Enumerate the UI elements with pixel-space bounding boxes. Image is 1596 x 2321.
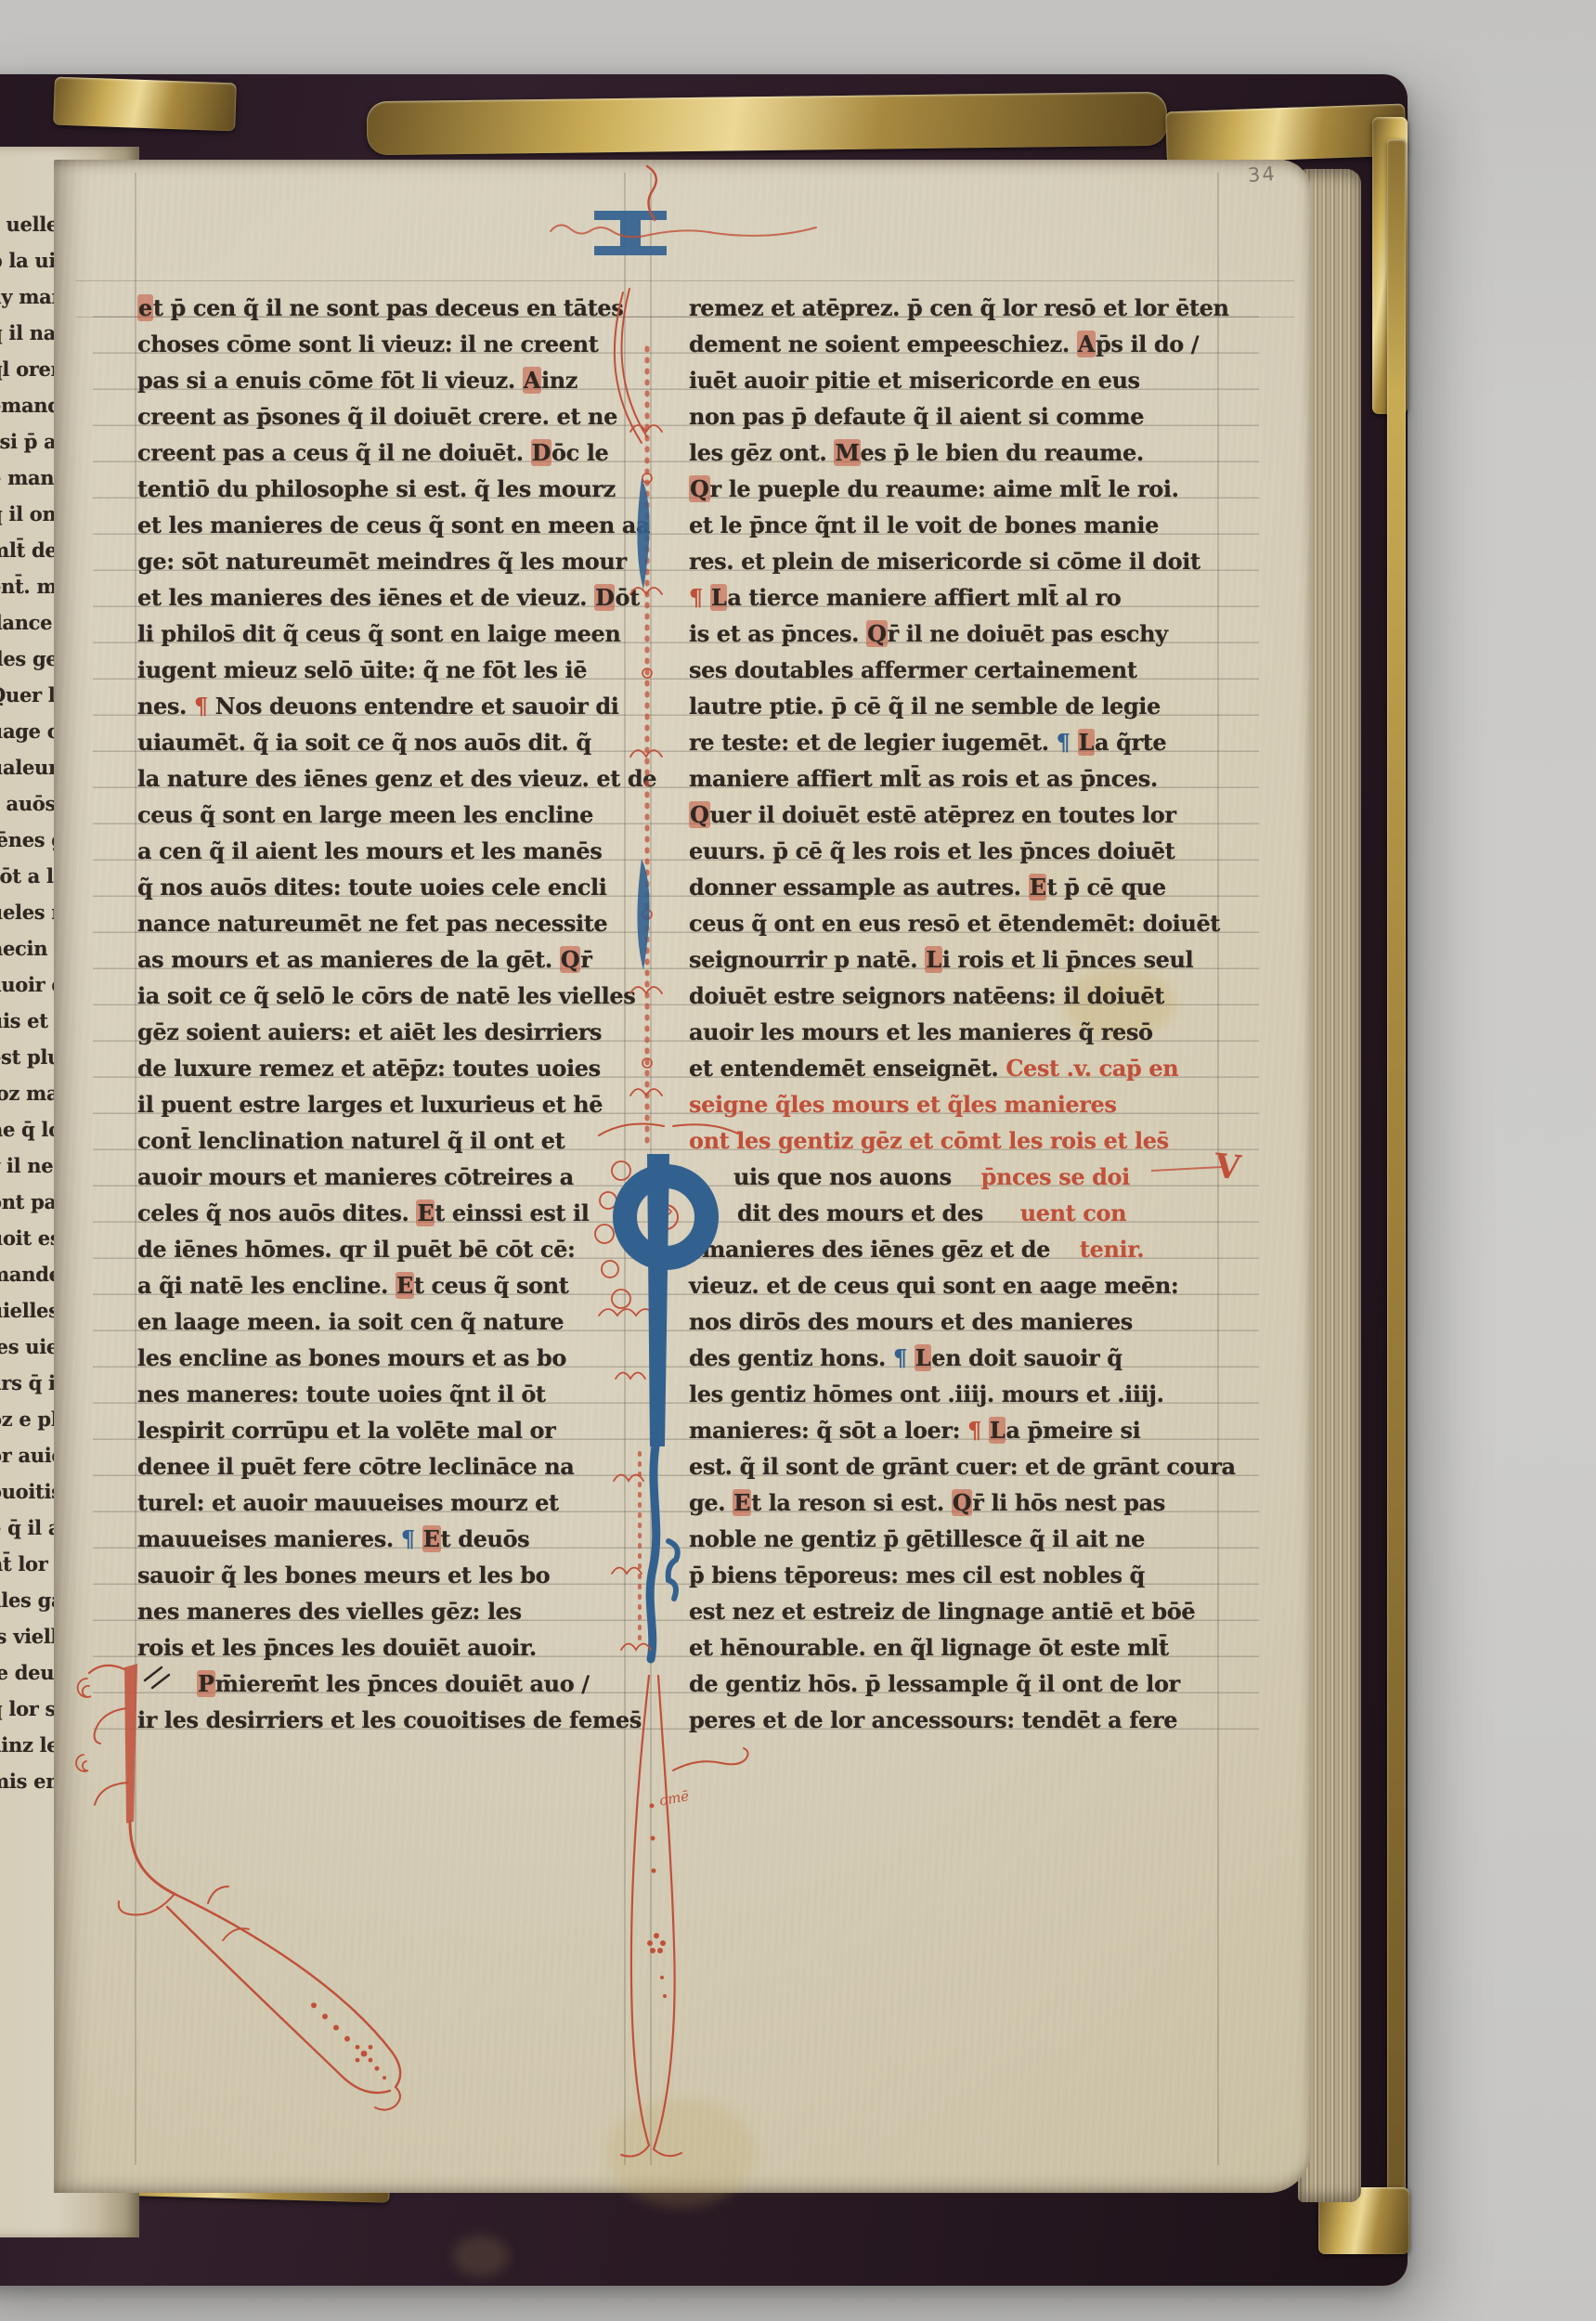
ink-text: nes maneres: toute uoies q̃nt il ōt	[137, 1381, 546, 1407]
ink-text: turel: et auoir mauueises mourz et	[137, 1489, 559, 1516]
ink-text: a cen q̃ il aient les mours et les manēs	[137, 837, 602, 864]
top-gutter-ornament	[551, 166, 816, 443]
touched-capital: L	[915, 1344, 931, 1371]
rubric-text: uent con	[1020, 1199, 1126, 1226]
ink-text: pas si a enuis cōme fōt li vieuz.	[137, 367, 523, 394]
blue-paraph: ¶	[1057, 729, 1078, 756]
ink-text: les encline as bones mours et as bo	[137, 1344, 566, 1371]
manuscript-photo: s uellesp̄ la uieay manieq̄ il nasēq̄l o…	[0, 0, 1596, 2321]
ink-text: denee il puēt fere cōtre leclināce na	[137, 1453, 574, 1480]
ink-text	[983, 1199, 1020, 1226]
rubric-text: ¶	[194, 693, 215, 720]
ink-text	[952, 1163, 981, 1190]
gutter-filigree-decoration	[543, 153, 831, 2210]
ink-text: a q̃i natē les encline.	[137, 1272, 396, 1299]
touched-capital: M	[834, 439, 860, 466]
ink-text: lespirit corrūpu et la volēte mal or	[137, 1417, 555, 1444]
ink-text: dance	[0, 611, 58, 634]
ink-text: r̄ il ne doiuēt pas eschy	[888, 620, 1168, 647]
ink-text: t p̄ cē que	[1046, 874, 1165, 901]
ink-text: de iēnes hōmes. qr il puēt bē cōt cē:	[137, 1236, 575, 1263]
ink-text: q̃ nos auōs dites: toute uoies cele encl…	[137, 874, 606, 901]
ink-text: nes maneres des vielles gēz: les	[137, 1598, 522, 1625]
ink-text: p̄s il do ∕	[1096, 331, 1199, 357]
blue-paraph: ¶	[893, 1344, 915, 1371]
rubric-text: tenir.	[1080, 1236, 1144, 1263]
ink-text: cont̄ lenclination naturel q̃ il ont et	[137, 1127, 564, 1154]
touched-capital: L	[989, 1417, 1006, 1444]
ink-text: choses cōme sont li vieuz: il ne creent	[137, 331, 598, 357]
ink-text: en doit sauoir q̃	[931, 1344, 1122, 1371]
ink-text: as mours et as manieres de la gēt.	[137, 946, 560, 973]
ink-text: a p̄meire si	[1006, 1417, 1140, 1444]
touched-capital: A	[1077, 331, 1096, 357]
left-margin-flourish	[37, 1643, 464, 2200]
gold-clasp-top	[367, 92, 1168, 156]
ink-flick-marks	[145, 1667, 169, 1688]
ink-text: i rois et li p̄nces seul	[942, 946, 1194, 973]
ink-text: nes.	[137, 693, 194, 720]
ink-text: es p̄ le bien du reaume.	[861, 439, 1144, 466]
gold-corner-top-left	[53, 77, 237, 132]
touched-capital: Q	[952, 1489, 973, 1516]
ink-text: ceus q̃ sont en large meen les encline	[137, 801, 593, 828]
touched-capital: L	[925, 946, 941, 973]
gold-edge-right	[1387, 139, 1406, 2247]
guide-letter: V	[1213, 1147, 1242, 1188]
ink-text: auoir mours et manieres cōtreires a	[137, 1163, 574, 1190]
ink-text: en laage meen. ia soit cen q̃ nature	[137, 1308, 564, 1335]
filigree-chain	[630, 348, 662, 1142]
ink-text: nance natureumēt ne fet pas necessite	[137, 910, 607, 937]
touched-capital: e	[137, 294, 153, 321]
ink-text: gēz soient auiers: et aiēt les desirrier…	[137, 1018, 602, 1045]
ink-text: a q̃rte	[1095, 729, 1166, 756]
ink-text: creent pas a ceus q̃ il ne doiuēt.	[137, 439, 531, 466]
ink-text: il puent estre larges et luxurieus et hē	[137, 1091, 603, 1118]
gold-corner-top-right	[1165, 104, 1407, 164]
touched-capital: Q	[866, 620, 888, 647]
touched-capital: E	[396, 1272, 414, 1299]
vellum-stain	[453, 2236, 509, 2276]
ink-text: t deuōs	[441, 1525, 530, 1552]
touched-capital: A	[523, 367, 541, 394]
ink-text: celes q̃ nos auōs dites.	[137, 1199, 416, 1226]
rubric-text: ¶	[967, 1417, 989, 1444]
ink-text: iugent mieuz selō ūite: q̃ ne fōt les iē	[137, 656, 587, 683]
touched-capital: E	[1029, 874, 1047, 901]
gutter-tail-flourish	[621, 1676, 748, 2157]
ink-text: mauueises manieres.	[137, 1525, 401, 1552]
rubric-text: p̄nces se doi	[981, 1163, 1130, 1190]
ink-text: sauoir q̃ les bones meurs et les bo	[137, 1562, 550, 1588]
ink-text: r̄ li hōs nest pas	[972, 1489, 1165, 1516]
ink-text: et les manieres des iēnes et de vieuz.	[137, 584, 594, 611]
blue-paraph: ¶	[401, 1525, 422, 1552]
ink-text	[1050, 1236, 1080, 1263]
touched-capital: E	[416, 1199, 435, 1226]
ink-text: de luxure remez et atēp̄z: toutes uoies	[137, 1055, 601, 1082]
initial-p	[595, 1124, 738, 1659]
touched-capital: L	[1078, 729, 1095, 756]
touched-capital: E	[422, 1525, 441, 1552]
folio-number: 34	[1247, 162, 1277, 187]
rubric-text: Cest .v. cap̄ en	[1006, 1055, 1178, 1082]
ink-text: uiaumēt. q̃ ia soit ce q̃ nos auōs dit. …	[137, 729, 591, 756]
